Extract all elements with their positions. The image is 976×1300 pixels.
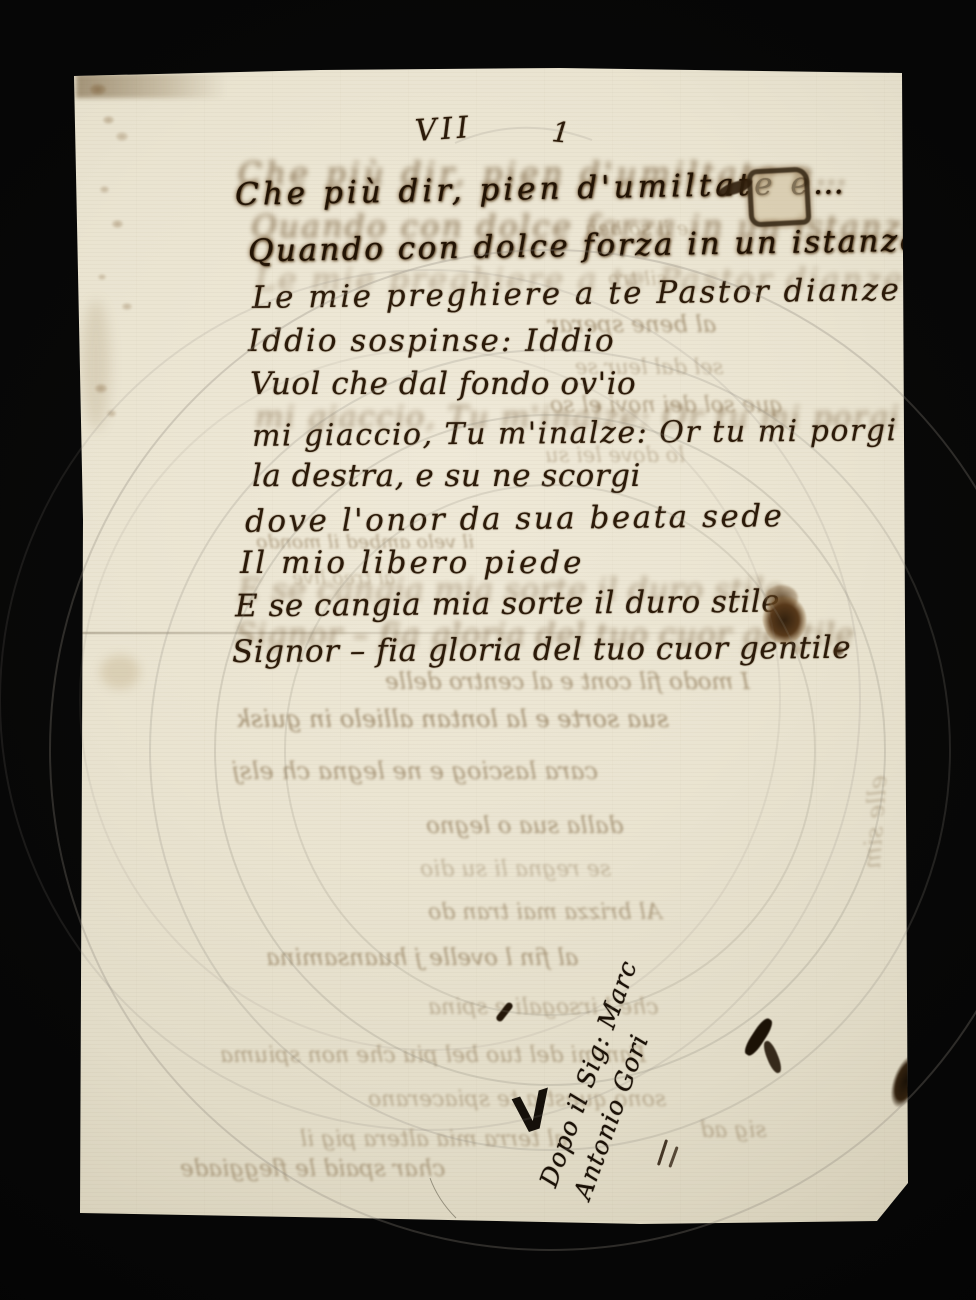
manuscript-page: e il so ben sil tro al bene sperar sel d…	[0, 0, 976, 1300]
paper-scratch	[0, 0, 976, 1300]
